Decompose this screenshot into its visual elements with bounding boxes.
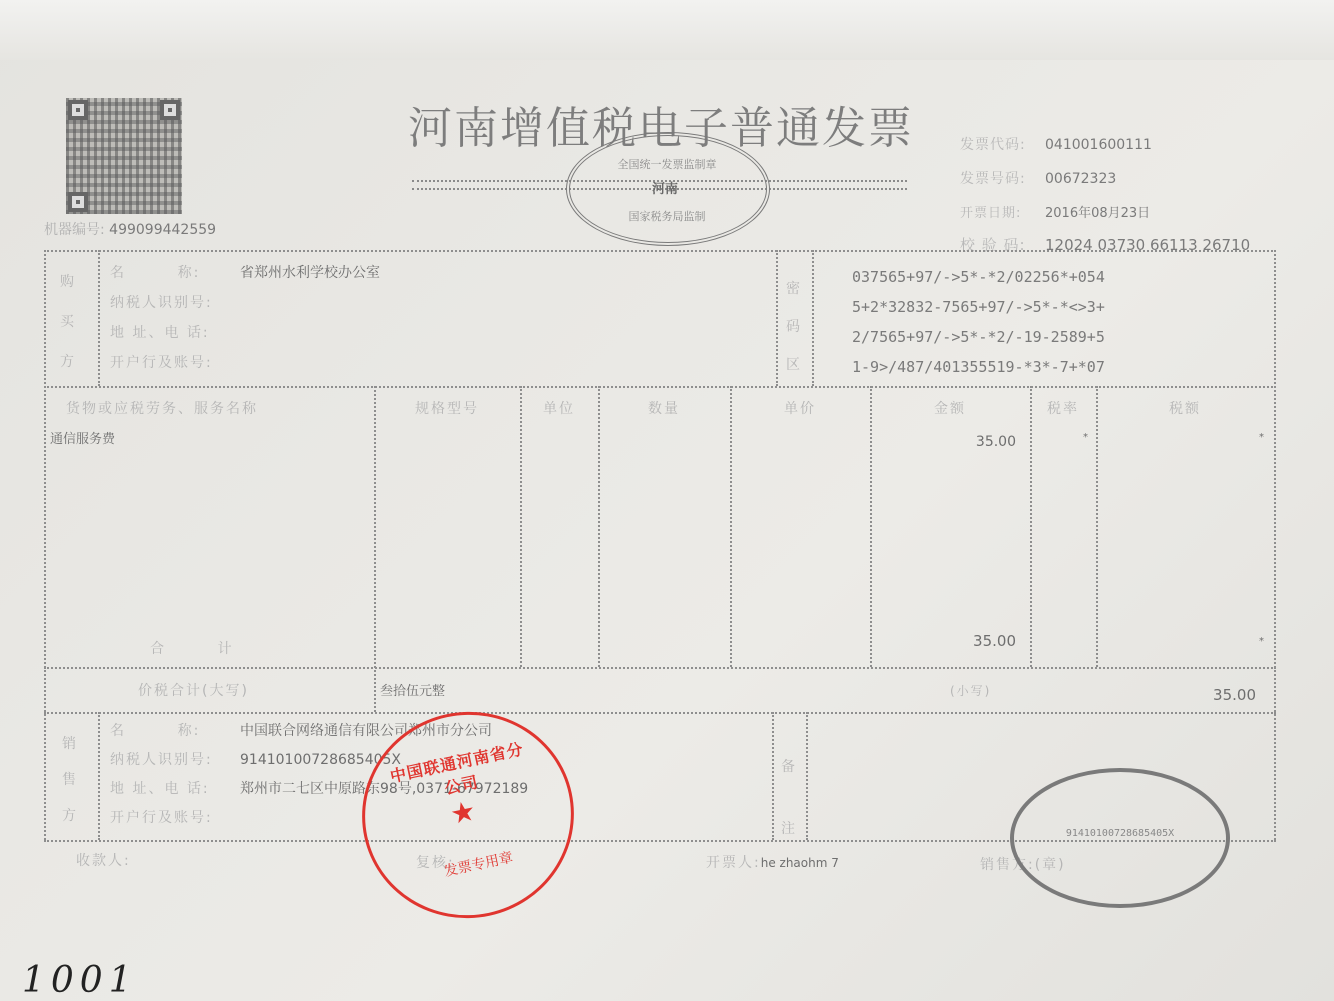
red-stamp-bottom-text: 发票专用章 bbox=[405, 839, 552, 889]
item-rate: * bbox=[1030, 432, 1088, 443]
remarks-divider-left bbox=[772, 712, 774, 840]
tax-bureau-stamp: 全国统一发票监制章 河南 国家税务局监制 bbox=[566, 132, 770, 246]
issuer-row: 开票人:he zhaohm 7 bbox=[706, 852, 839, 872]
invoice-number-value: 00672323 bbox=[1045, 171, 1116, 187]
invoice-paper: 机器编号: 499099442559 河南增值税电子普通发票 全国统一发票监制章… bbox=[0, 0, 1334, 1001]
buyer-tax-id-row: 纳税人识别号: bbox=[110, 292, 213, 312]
seller-tax-id-label: 纳税人识别号: bbox=[110, 749, 240, 769]
qr-code-icon bbox=[66, 98, 182, 214]
payee-label: 收款人: bbox=[76, 850, 131, 870]
header-amount: 金额 bbox=[870, 398, 1030, 418]
tax-stamp-bottom-text: 国家税务局监制 bbox=[592, 208, 742, 224]
item-tax: * bbox=[1096, 432, 1264, 443]
seller-bank-label: 开户行及账号: bbox=[110, 807, 240, 827]
buyer-name-row: 名 称:省郑州水利学校办公室 bbox=[110, 262, 380, 282]
cipher-line: 1-9>/487/401355519-*3*-7+*07 bbox=[852, 352, 1105, 382]
invoice-number: 发票号码:00672323 bbox=[960, 168, 1116, 188]
header-qty: 数量 bbox=[598, 398, 730, 418]
grand-total-words: 叁拾伍元整 bbox=[380, 680, 445, 699]
seller-tax-id-row: 纳税人识别号:91410100728685405X bbox=[110, 749, 401, 769]
cipher-line: 5+2*32832-7565+97/->5*-*<>3+ bbox=[852, 292, 1105, 322]
item-name: 通信服务费 bbox=[50, 428, 115, 447]
header-spec: 规格型号 bbox=[374, 398, 520, 418]
machine-number-label: 机器编号: bbox=[44, 222, 105, 238]
cipher-line: 2/7565+97/->5*-*2/-19-2589+5 bbox=[852, 322, 1105, 352]
col-divider-amount bbox=[870, 386, 872, 667]
invoice-code-label: 发票代码: bbox=[960, 134, 1045, 154]
total-section-bottom bbox=[44, 712, 1276, 714]
grand-total-small-label: (小写) bbox=[950, 682, 991, 699]
buyer-name-label: 名 称: bbox=[110, 262, 240, 282]
buyer-section-bottom bbox=[44, 386, 1276, 388]
col-divider-tax bbox=[1096, 386, 1098, 667]
total-amount: 35.00 bbox=[870, 632, 1016, 650]
invoice-number-label: 发票号码: bbox=[960, 168, 1045, 188]
cipher-divider-right bbox=[812, 250, 814, 386]
total-tax: * bbox=[1096, 636, 1264, 647]
col-divider-rate bbox=[1030, 386, 1032, 667]
total-label: 合 计 bbox=[150, 638, 234, 658]
invoice-code-value: 041001600111 bbox=[1045, 137, 1152, 153]
header-tax: 税额 bbox=[1096, 398, 1274, 418]
table-border-left bbox=[44, 250, 46, 840]
header-rate: 税率 bbox=[1030, 398, 1096, 418]
buyer-address-row: 地 址、电 话: bbox=[110, 322, 210, 342]
header-price: 单价 bbox=[730, 398, 870, 418]
buyer-bank-label: 开户行及账号: bbox=[110, 355, 213, 371]
tax-stamp-center-text: 河南 bbox=[570, 178, 760, 197]
machine-number: 机器编号: 499099442559 bbox=[44, 219, 216, 239]
machine-number-value: 499099442559 bbox=[109, 222, 216, 238]
seller-name-label: 名 称: bbox=[110, 720, 240, 740]
seller-label-divider bbox=[98, 712, 100, 840]
col-divider-qty bbox=[598, 386, 600, 667]
remarks-section-label: 备注 bbox=[781, 736, 797, 860]
buyer-address-label: 地 址、电 话: bbox=[110, 325, 210, 341]
col-divider-unit bbox=[520, 386, 522, 667]
grand-total-label: 价税合计(大写) bbox=[138, 680, 249, 700]
items-section-bottom bbox=[44, 667, 1276, 669]
invoice-date-value: 2016年08月23日 bbox=[1045, 206, 1150, 221]
header-unit: 单位 bbox=[520, 398, 598, 418]
seller-section-label: 销售方 bbox=[62, 726, 82, 834]
tax-stamp-top-text: 全国统一发票监制章 bbox=[592, 156, 742, 172]
seller-invoice-seal: 91410100728685405X bbox=[1010, 768, 1230, 908]
invoice-date: 开票日期:2016年08月23日 bbox=[960, 202, 1150, 221]
paper-shadow bbox=[0, 0, 1334, 60]
cipher-line: 037565+97/->5*-*2/02256*+054 bbox=[852, 262, 1105, 292]
seller-address-label: 地 址、电 话: bbox=[110, 778, 240, 798]
cipher-section-label: 密码区 bbox=[786, 270, 802, 384]
invoice-date-label: 开票日期: bbox=[960, 202, 1045, 221]
header-item-name: 货物或应税劳务、服务名称 bbox=[66, 398, 366, 418]
buyer-label-divider bbox=[98, 250, 100, 386]
seller-bank-row: 开户行及账号: bbox=[110, 807, 240, 827]
buyer-bank-row: 开户行及账号: bbox=[110, 352, 213, 372]
seller-seal-tax-id: 91410100728685405X bbox=[1034, 828, 1206, 839]
col-divider-spec bbox=[374, 386, 376, 712]
table-border-top bbox=[44, 250, 1276, 252]
table-border-right bbox=[1274, 250, 1276, 840]
cipher-divider-left bbox=[776, 250, 778, 386]
invoice-code: 发票代码:041001600111 bbox=[960, 134, 1152, 154]
cipher-text: 037565+97/->5*-*2/02256*+0545+2*32832-75… bbox=[852, 262, 1105, 382]
remarks-divider-right bbox=[806, 712, 808, 840]
buyer-section-label: 购买方 bbox=[60, 262, 80, 382]
buyer-tax-id-label: 纳税人识别号: bbox=[110, 295, 213, 311]
col-divider-price bbox=[730, 386, 732, 667]
buyer-name-value: 省郑州水利学校办公室 bbox=[240, 265, 380, 281]
star-icon: ★ bbox=[447, 794, 478, 831]
item-amount: 35.00 bbox=[870, 434, 1016, 450]
handwritten-note: 1001 bbox=[22, 960, 138, 1001]
issuer-value: he zhaohm 7 bbox=[761, 856, 839, 870]
grand-total-small-value: 35.00 bbox=[1100, 686, 1256, 704]
issuer-label: 开票人: bbox=[706, 855, 761, 871]
